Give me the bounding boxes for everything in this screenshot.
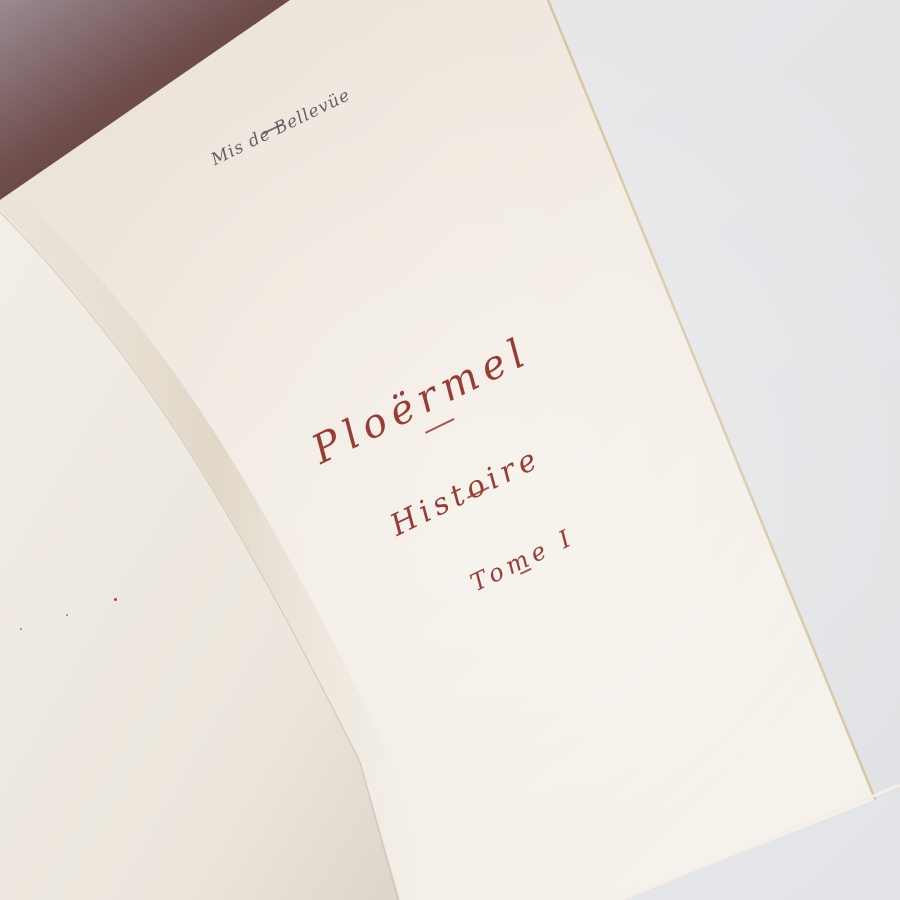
ink-speck — [114, 598, 117, 601]
photo-scene: Mis de Bellevüe Ploërmel Histoire Tome I — [0, 0, 900, 900]
dust-speck — [20, 628, 22, 630]
book-shapes — [0, 0, 900, 900]
dust-speck — [66, 614, 68, 616]
